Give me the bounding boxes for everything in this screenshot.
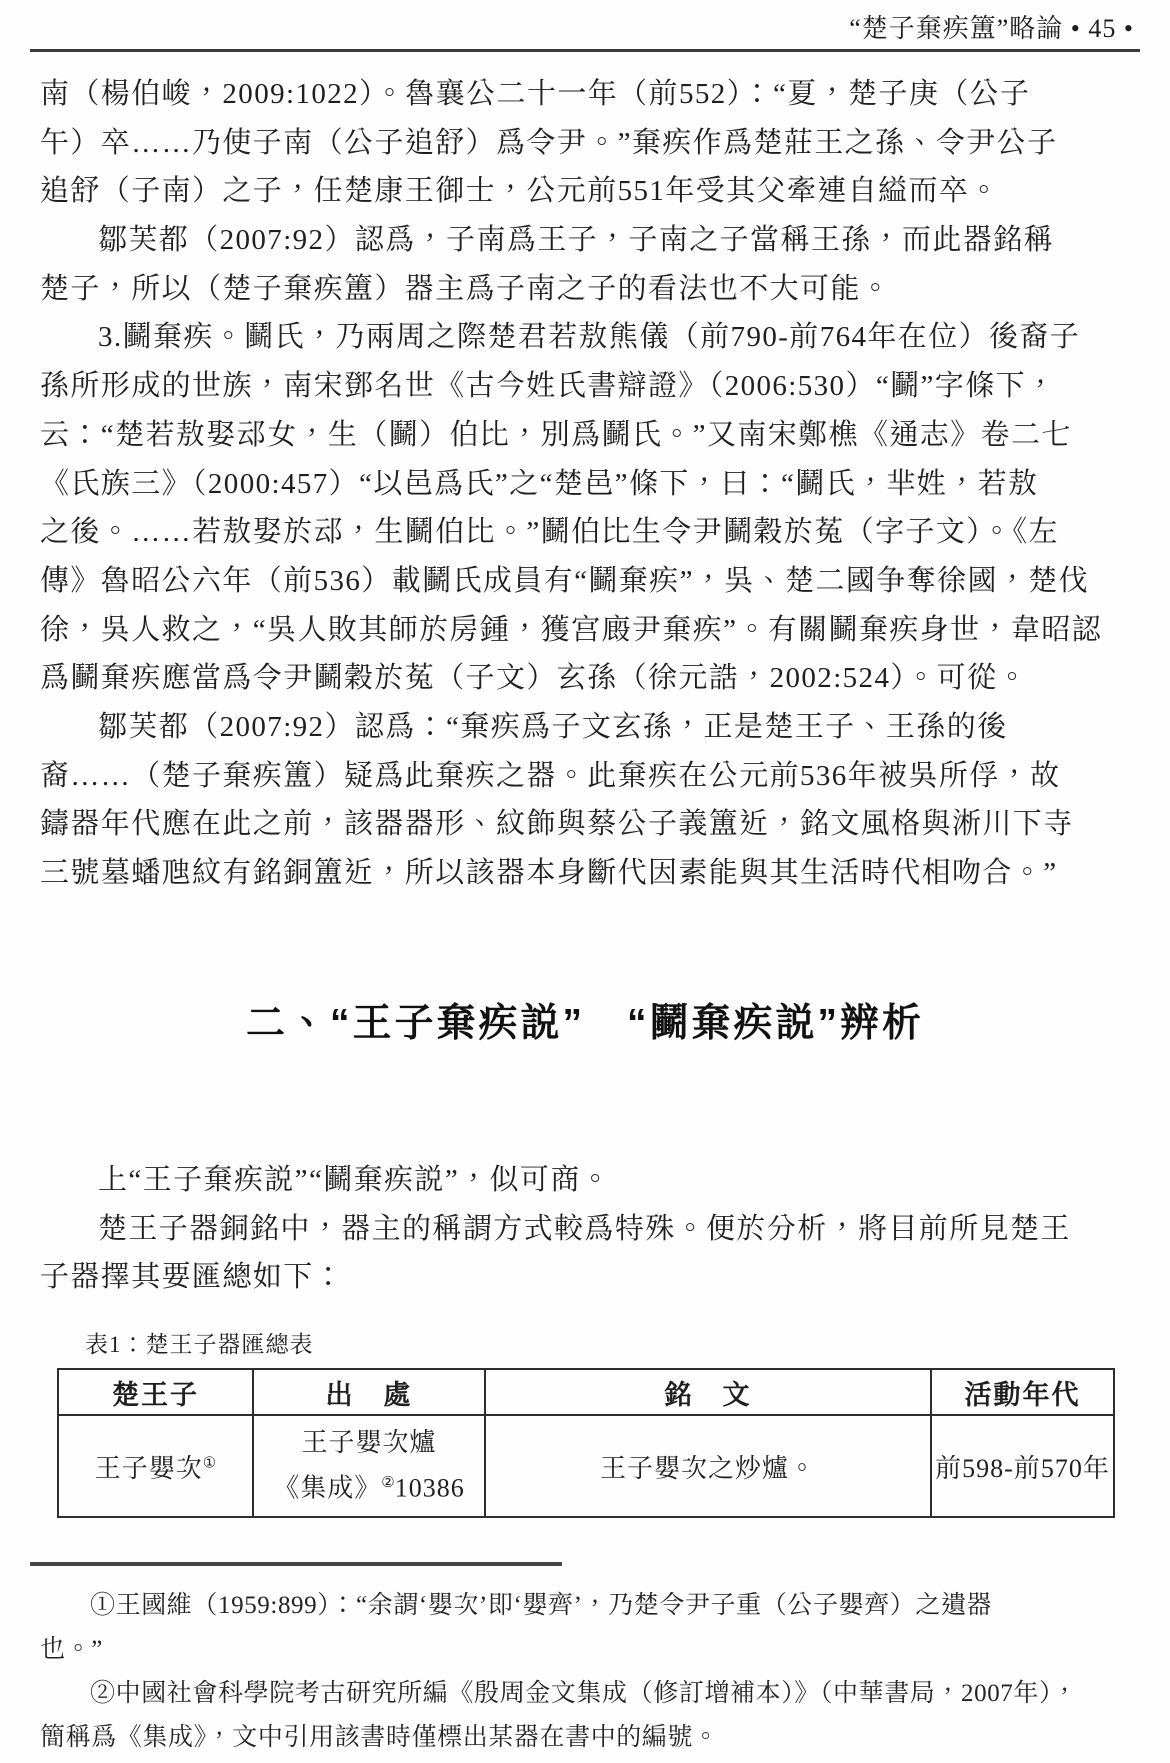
column-header: 楚王子 — [58, 1369, 253, 1415]
running-title: “楚子棄疾簠”略論 • 45 • — [849, 14, 1134, 43]
column-header: 活動年代 — [931, 1369, 1114, 1415]
body-line: 追舒（子南）之子，任楚康王御士，公元前551年受其父牽連自縊而卒。 — [40, 167, 1134, 216]
body-line: 子器擇其要匯總如下： — [40, 1253, 1134, 1302]
footnote-separator-rule — [30, 1562, 562, 1566]
footnote-line: ①王國維（1959:899）：“余謂‘嬰次’即‘嬰齊’，乃楚令尹子重（公子嬰齊）… — [40, 1584, 1134, 1628]
body-line: 孫所形成的世族，南宋鄧名世《古今姓氏書辯證》（2006:530）“鬭”字條下， — [40, 362, 1134, 411]
body-line: 裔……（楚子棄疾簠）疑爲此棄疾之器。此棄疾在公元前536年被吳所俘，故 — [40, 752, 1134, 801]
header-rule — [30, 49, 1140, 52]
footnote-line: 也。” — [40, 1628, 1134, 1672]
source-number: 10386 — [395, 1474, 465, 1503]
column-header: 銘 文 — [485, 1369, 931, 1415]
body-line: 上“王子棄疾説”“鬭棄疾説”，似可商。 — [40, 1156, 1134, 1205]
body-line: 楚王子器銅銘中，器主的稱謂方式較爲特殊。便於分析，將目前所見楚王 — [40, 1205, 1134, 1254]
footnotes: ①王國維（1959:899）：“余謂‘嬰次’即‘嬰齊’，乃楚令尹子重（公子嬰齊）… — [40, 1584, 1134, 1760]
section-heading: 二、“王子棄疾説” “鬭棄疾説”辨析 — [0, 992, 1170, 1048]
body-line: 楚子，所以（楚子棄疾簠）器主爲子南之子的看法也不大可能。 — [40, 265, 1134, 314]
cell-owner: 王子嬰次① — [58, 1415, 253, 1517]
body-line: 三號墓蟠虺紋有銘銅簠近，所以該器本身斷代因素能與其生活時代相吻合。” — [40, 849, 1134, 898]
body-line: 云：“楚若敖娶䢵女，生（鬭）伯比，別爲鬭氏。”又南宋鄭樵《通志》卷二七 — [40, 411, 1134, 460]
body-text: 南（楊伯峻，2009:1022）。魯襄公二十一年（前552）：“夏，楚子庚（公子… — [40, 70, 1134, 898]
body-line: 鄒芙都（2007:92）認爲，子南爲王子，子南之子當稱王孫，而此器銘稱 — [40, 216, 1134, 265]
body-line: 《氏族三》（2000:457）“以邑爲氏”之“楚邑”條下，曰：“鬭氏，芈姓，若敖 — [40, 460, 1134, 509]
body-line: 午）卒……乃使子南（公子追舒）爲令尹。”棄疾作爲楚莊王之孫、令尹公子 — [40, 119, 1134, 168]
table-header-row: 楚王子 出 處 銘 文 活動年代 — [58, 1369, 1114, 1415]
cell-source: 王子嬰次爐 《集成》②10386 — [253, 1415, 485, 1517]
body-line: 之後。……若敖娶於䢵，生鬭伯比。”鬭伯比生令尹鬭穀於菟（字子文）。《左 — [40, 508, 1134, 557]
footnote-ref-1: ① — [203, 1455, 216, 1471]
source-title: 王子嬰次爐 — [254, 1423, 484, 1463]
column-header: 出 處 — [253, 1369, 485, 1415]
body-line: 徐，吳人救之，“吳人敗其師於房鍾，獲宫廄尹棄疾”。有關鬭棄疾身世，韋昭認 — [40, 606, 1134, 655]
body-line: 南（楊伯峻，2009:1022）。魯襄公二十一年（前552）：“夏，楚子庚（公子 — [40, 70, 1134, 119]
body-line: 鄒芙都（2007:92）認爲：“棄疾爲子文玄孫，正是楚王子、王孫的後 — [40, 703, 1134, 752]
footnote-line: 簡稱爲《集成》，文中引用該書時僅標出某器在書中的編號。 — [40, 1716, 1134, 1760]
document-page: “楚子棄疾簠”略論 • 45 • 南（楊伯峻，2009:1022）。魯襄公二十一… — [0, 0, 1170, 1763]
footnote-line: ②中國社會科學院考古研究所編《殷周金文集成（修訂增補本）》（中華書局，2007年… — [40, 1672, 1134, 1716]
source-ref: 《集成》②10386 — [254, 1463, 484, 1509]
body-line: 爲鬭棄疾應當爲令尹鬭穀於菟（子文）玄孫（徐元誥，2002:524）。可從。 — [40, 654, 1134, 703]
running-header: “楚子棄疾簠”略論 • 45 • — [849, 8, 1134, 45]
body-line: 傳》魯昭公六年（前536）載鬭氏成員有“鬭棄疾”，吳、楚二國争奪徐國，楚伐 — [40, 557, 1134, 606]
cell-inscription: 王子嬰次之炒爐。 — [485, 1415, 931, 1517]
table-caption: 表1：楚王子器匯總表 — [85, 1326, 314, 1359]
body-line: 3.鬭棄疾。鬭氏，乃兩周之際楚君若敖熊儀（前790-前764年在位）後裔子 — [40, 313, 1134, 362]
chu-princes-table: 楚王子 出 處 銘 文 活動年代 王子嬰次① 王子嬰次爐 《集成》②10386 … — [57, 1368, 1115, 1518]
source-book: 《集成》 — [273, 1474, 381, 1503]
footnote-ref-2: ② — [381, 1475, 394, 1491]
post-heading-text: 上“王子棄疾説”“鬭棄疾説”，似可商。 楚王子器銅銘中，器主的稱謂方式較爲特殊。… — [40, 1156, 1134, 1302]
cell-era: 前598-前570年 — [931, 1415, 1114, 1517]
owner-name: 王子嬰次 — [95, 1454, 203, 1483]
body-line: 鑄器年代應在此之前，該器器形、紋飾與蔡公子義簠近，銘文風格與淅川下寺 — [40, 800, 1134, 849]
table-row: 王子嬰次① 王子嬰次爐 《集成》②10386 王子嬰次之炒爐。 前598-前57… — [58, 1415, 1114, 1517]
